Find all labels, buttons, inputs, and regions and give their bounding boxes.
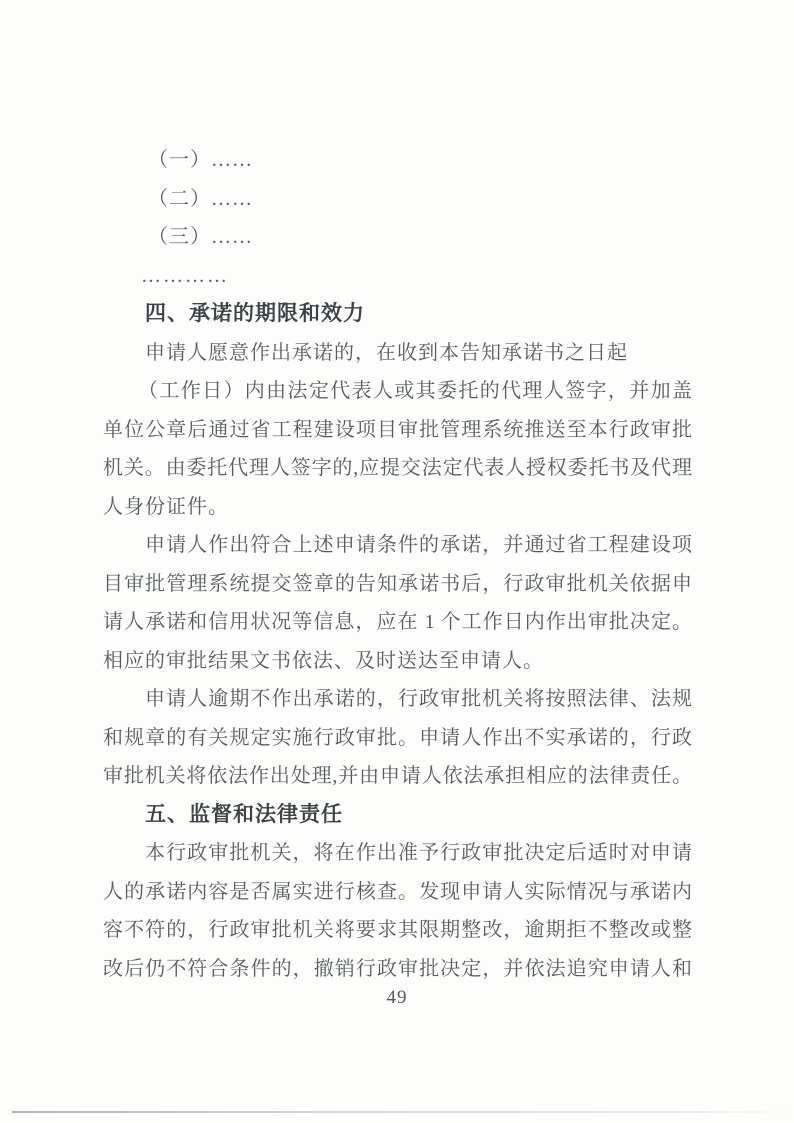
ellipsis-line: ………… — [103, 257, 692, 296]
text-block: （一）…… （二）…… （三）…… ………… 四、承诺的期限和效力 申请人愿意作… — [103, 141, 692, 988]
paragraph-line: （工作日）内由法定代表人或其委托的代理人签字，并加盖 — [103, 372, 692, 411]
paragraph-line: 请人承诺和信用状况等信息，应在 1 个工作日内作出审批决定。 — [103, 603, 692, 642]
list-item: （二）…… — [103, 180, 692, 219]
paragraph-line: 申请人逾期不作出承诺的，行政审批机关将按照法律、法规 — [103, 680, 692, 719]
section-heading-4: 四、承诺的期限和效力 — [103, 295, 692, 334]
scanned-document-page: （一）…… （二）…… （三）…… ………… 四、承诺的期限和效力 申请人愿意作… — [0, 0, 794, 1123]
paragraph-line: 容不符的，行政审批机关将要求其限期整改，逾期拒不整改或整 — [103, 911, 692, 950]
scan-edge-line — [12, 1111, 794, 1113]
list-item: （一）…… — [103, 141, 692, 180]
paragraph-line: 人的承诺内容是否属实进行核查。发现申请人实际情况与承诺内 — [103, 873, 692, 912]
paragraph-line: 机关。由委托代理人签字的,应提交法定代表人授权委托书及代理 — [103, 449, 692, 488]
paragraph-line: 单位公章后通过省工程建设项目审批管理系统推送至本行政审批 — [103, 411, 692, 450]
paragraph-line: 和规章的有关规定实施行政审批。申请人作出不实承诺的，行政 — [103, 719, 692, 758]
paragraph-line: 审批机关将依法作出处理,并由申请人依法承担相应的法律责任。 — [103, 757, 692, 796]
section-heading-5: 五、监督和法律责任 — [103, 796, 692, 835]
page-number: 49 — [0, 983, 794, 1013]
paragraph-line: 人身份证件。 — [103, 488, 692, 527]
paragraph-line: 相应的审批结果文书依法、及时送达至申请人。 — [103, 642, 692, 681]
list-item: （三）…… — [103, 218, 692, 257]
paragraph-line: 目审批管理系统提交签章的告知承诺书后，行政审批机关依据申 — [103, 565, 692, 604]
paragraph-line: 本行政审批机关，将在作出准予行政审批决定后适时对申请 — [103, 834, 692, 873]
paragraph-line: 申请人作出符合上述申请条件的承诺，并通过省工程建设项 — [103, 526, 692, 565]
paragraph-line: 申请人愿意作出承诺的，在收到本告知承诺书之日起 — [103, 334, 692, 373]
